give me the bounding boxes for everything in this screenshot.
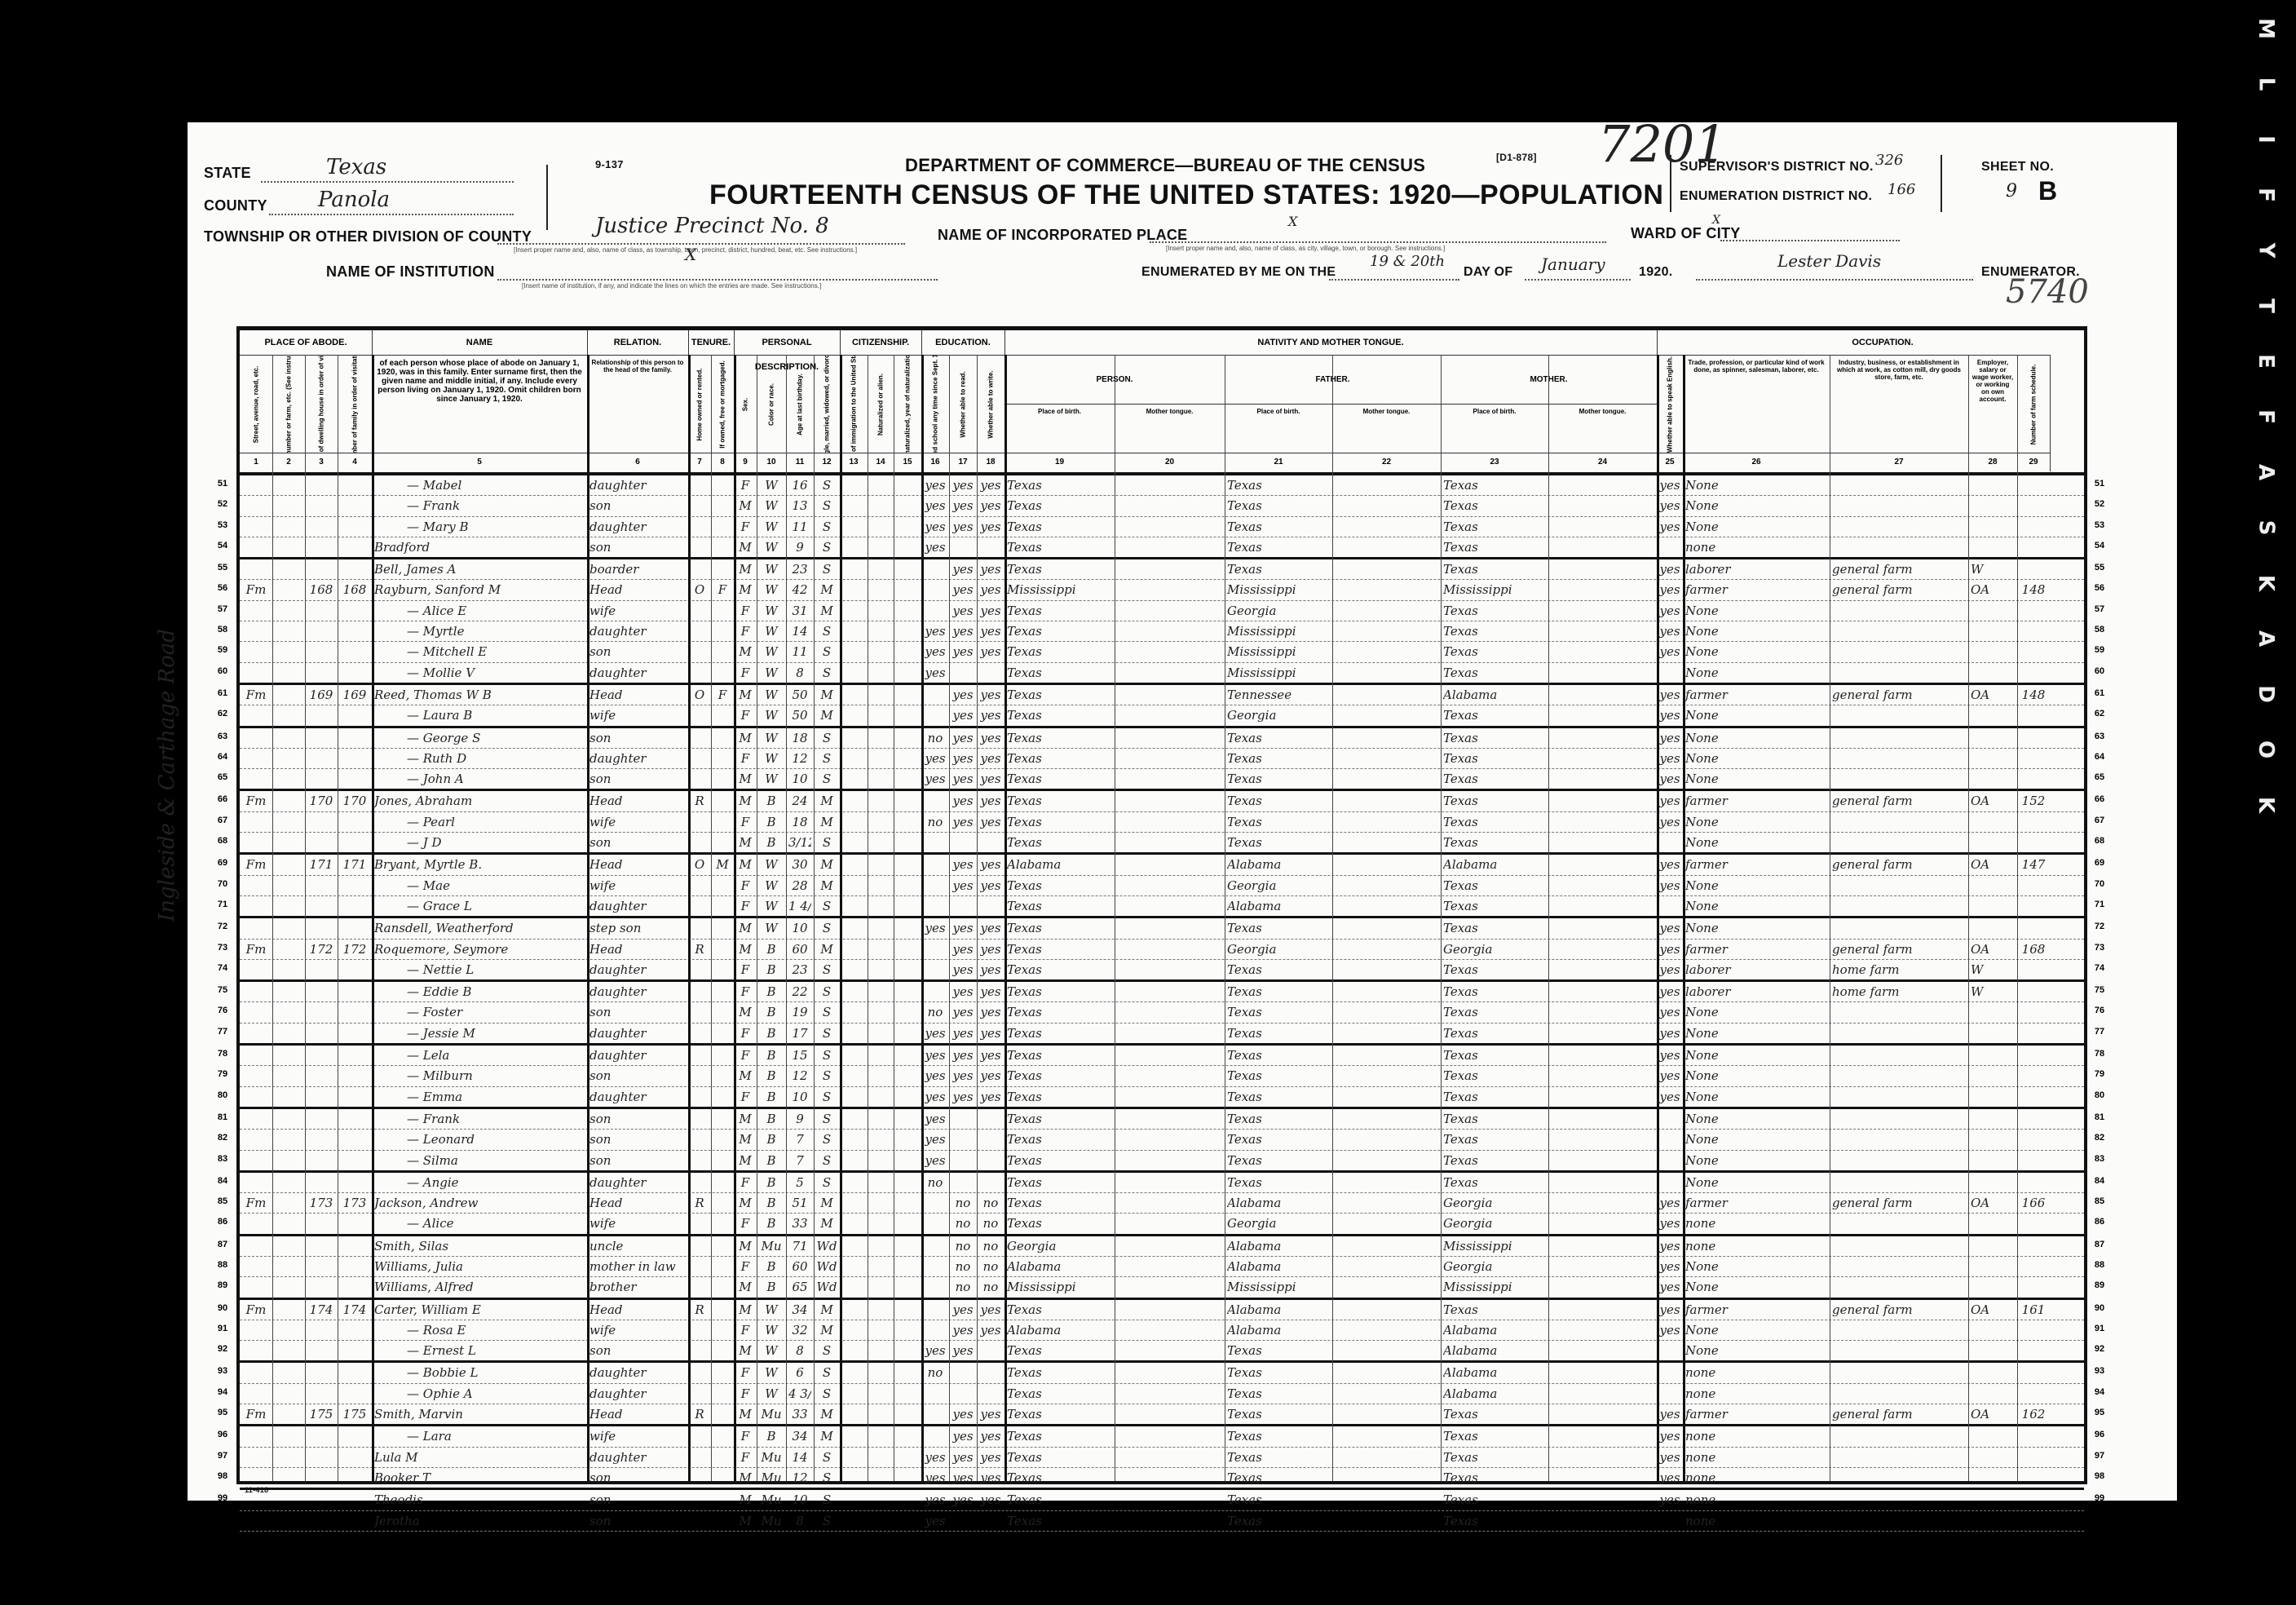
- cell-mpob: Texas: [1443, 1087, 1546, 1107]
- column-number: 21: [1225, 453, 1333, 471]
- enumerated-day: 19 & 20th: [1370, 253, 1445, 270]
- group-name: NAME: [372, 330, 588, 355]
- cell-c2: [275, 896, 302, 916]
- cell-rel: wife: [589, 601, 686, 621]
- cell-c3: [307, 1236, 335, 1256]
- line-number: 67: [2087, 816, 2112, 825]
- cell-emp: [1971, 1257, 2015, 1276]
- cell-name: — John A: [374, 769, 617, 789]
- nativity-mother: MOTHER.: [1441, 355, 1658, 405]
- cell-ms: S: [816, 1490, 837, 1510]
- cell-sch: [924, 1257, 947, 1276]
- cell-eng: yes: [1659, 1257, 1680, 1276]
- cell-occ: farmer: [1685, 855, 1827, 874]
- table-row: 9393— Bobbie LdaughterFW6SnoTexasTexasAl…: [240, 1363, 2084, 1383]
- sheet-label: SHEET NO.: [1981, 160, 2054, 175]
- cell-mort: [713, 517, 731, 537]
- line-number: 95: [2087, 1408, 2112, 1417]
- column-divider: [894, 355, 894, 1481]
- cell-read: [952, 1151, 974, 1170]
- cell-race: W: [759, 621, 784, 641]
- cell-ms: M: [816, 1320, 837, 1340]
- line-number: 51: [2087, 479, 2112, 489]
- cell-read: yes: [952, 1468, 974, 1488]
- cell-pob: Texas: [1007, 1341, 1112, 1360]
- cell-occ: None: [1685, 1109, 1827, 1129]
- cell-write: yes: [979, 855, 1002, 874]
- cell-farm: [2020, 1384, 2047, 1404]
- column-divider: [711, 355, 712, 1481]
- line-number: 100: [2087, 1514, 2112, 1524]
- line-number: 67: [210, 816, 235, 825]
- column-number: 3: [305, 453, 338, 471]
- cell-c4: [340, 1363, 369, 1382]
- cell-sex: F: [736, 982, 754, 1001]
- column-number: 11: [786, 453, 815, 471]
- line-number: 73: [2087, 943, 2112, 953]
- cell-c4: [340, 1426, 369, 1446]
- column-divider: [1004, 355, 1007, 1481]
- cell-occ: None: [1685, 1173, 1827, 1192]
- cell-read: [952, 537, 974, 557]
- cell-rel: son: [589, 1130, 686, 1149]
- cell-emp: [1971, 537, 2015, 557]
- cell-write: [979, 1109, 1002, 1129]
- cell-rel: son: [589, 1468, 686, 1488]
- cell-name: Smith, Silas: [374, 1236, 585, 1256]
- cell-rel: daughter: [589, 749, 686, 768]
- cell-occ: farmer: [1685, 1404, 1827, 1424]
- cell-ms: S: [816, 1511, 837, 1531]
- cell-race: W: [759, 496, 784, 515]
- cell-mort: [713, 537, 731, 557]
- cell-rel: son: [589, 728, 686, 748]
- cell-age: 4 3/12: [788, 1384, 811, 1404]
- line-number: 72: [2087, 922, 2112, 931]
- line-number: 55: [2087, 563, 2112, 573]
- cell-emp: [1971, 621, 2015, 641]
- cell-eng: [1659, 663, 1680, 683]
- cell-sch: no: [924, 812, 947, 832]
- cell-c3: [307, 1257, 335, 1276]
- cell-read: yes: [952, 1404, 974, 1424]
- cell-occ: None: [1685, 749, 1827, 768]
- cell-mort: [713, 812, 731, 832]
- cell-ms: M: [816, 1404, 837, 1424]
- film-letter: S: [2254, 520, 2278, 536]
- line-number: 75: [210, 985, 235, 995]
- cell-race: W: [759, 876, 784, 895]
- cell-race: B: [759, 1066, 784, 1085]
- cell-emp: [1971, 1320, 2015, 1340]
- cell-c3: [307, 1024, 335, 1043]
- cell-c2: [275, 1046, 302, 1065]
- cell-write: yes: [979, 517, 1002, 537]
- line-number: 91: [210, 1324, 235, 1333]
- census-sheet: STATE Texas COUNTY Panola TOWNSHIP OR OT…: [188, 122, 2177, 1501]
- cell-occ: none: [1685, 1448, 1827, 1467]
- table-row: 7676— FostersonMB19SnoyesyesTexasTexasTe…: [240, 1002, 2084, 1023]
- cell-c3: [307, 1173, 335, 1192]
- table-row: 7777— Jessie MdaughterFB17SyesyesyesTexa…: [240, 1024, 2084, 1046]
- cell-occ: None: [1685, 1066, 1827, 1085]
- cell-ms: M: [816, 601, 837, 621]
- column-number: 13: [840, 453, 868, 471]
- cell-own: [691, 642, 709, 661]
- cell-fpob: Texas: [1227, 1046, 1330, 1065]
- cell-name: Jones, Abraham: [374, 791, 585, 811]
- cell-sch: [924, 896, 947, 916]
- cell-age: 9: [788, 1109, 811, 1129]
- cell-read: yes: [952, 642, 974, 661]
- cell-ind: [1832, 1214, 1966, 1233]
- cell-farm: [2020, 749, 2047, 768]
- cell-own: [691, 1277, 709, 1297]
- cell-own: [691, 1214, 709, 1233]
- cell-fpob: Texas: [1227, 960, 1330, 979]
- cell-read: yes: [952, 960, 974, 979]
- cell-ms: M: [816, 1193, 837, 1213]
- cell-farm: [2020, 769, 2047, 789]
- cell-sex: M: [736, 769, 754, 789]
- cell-ind: [1832, 705, 1966, 725]
- cell-rel: son: [589, 1490, 686, 1510]
- cell-sch: yes: [924, 1024, 947, 1043]
- column-header-23: Place of birth.: [1441, 404, 1549, 453]
- cell-age: 10: [788, 1490, 811, 1510]
- cell-fpob: Texas: [1227, 982, 1330, 1001]
- cell-c1: Fm: [242, 1193, 270, 1213]
- cell-write: [979, 1173, 1002, 1192]
- line-number: 76: [210, 1006, 235, 1015]
- cell-c1: Fm: [242, 791, 270, 811]
- cell-c1: [242, 1173, 270, 1192]
- cell-c4: [340, 559, 369, 579]
- cell-c1: [242, 1002, 270, 1022]
- cell-sch: [924, 791, 947, 811]
- cell-fpob: Texas: [1227, 1511, 1330, 1531]
- cell-c2: [275, 918, 302, 938]
- cell-own: [691, 1002, 709, 1022]
- group-education: EDUCATION.: [921, 330, 1005, 355]
- cell-write: yes: [979, 1490, 1002, 1510]
- cell-pob: Texas: [1007, 1300, 1112, 1320]
- cell-pob: Texas: [1007, 1384, 1112, 1404]
- cell-eng: yes: [1659, 728, 1680, 748]
- line-number: 65: [2087, 772, 2112, 782]
- cell-c4: 170: [340, 791, 369, 811]
- census-title: FOURTEENTH CENSUS OF THE UNITED STATES: …: [709, 179, 1663, 211]
- cell-emp: [1971, 1002, 2015, 1022]
- cell-emp: [1971, 1277, 2015, 1297]
- line-number: 66: [2087, 794, 2112, 804]
- cell-sex: F: [736, 1257, 754, 1276]
- cell-rel: wife: [589, 876, 686, 895]
- cell-read: yes: [952, 1024, 974, 1043]
- cell-sex: M: [736, 580, 754, 599]
- cell-age: 13: [788, 496, 811, 515]
- cell-mpob: Texas: [1443, 1448, 1546, 1467]
- cell-age: 34: [788, 1426, 811, 1446]
- cell-pob: Texas: [1007, 769, 1112, 789]
- cell-ind: home farm: [1832, 982, 1966, 1001]
- line-number: 80: [2087, 1090, 2112, 1100]
- cell-c1: [242, 642, 270, 661]
- cell-write: yes: [979, 728, 1002, 748]
- cell-rel: daughter: [589, 1173, 686, 1192]
- cell-c2: [275, 812, 302, 832]
- table-row: 6565— John AsonMW10SyesyesyesTexasTexasT…: [240, 769, 2084, 791]
- cell-ms: S: [816, 1087, 837, 1107]
- film-letter: K: [2254, 575, 2278, 591]
- film-edge-text: MLIFYTEFASKADOK: [2254, 16, 2278, 817]
- cell-ms: M: [816, 580, 837, 599]
- cell-c4: [340, 1257, 369, 1276]
- line-number: 68: [2087, 836, 2112, 846]
- column-number: 9: [734, 453, 757, 471]
- cell-emp: W: [1971, 982, 2015, 1001]
- cell-write: yes: [979, 601, 1002, 621]
- cell-farm: 168: [2020, 940, 2047, 959]
- cell-pob: Texas: [1007, 728, 1112, 748]
- cell-write: [979, 537, 1002, 557]
- cell-c1: [242, 621, 270, 641]
- cell-sch: yes: [924, 1046, 947, 1065]
- cell-sex: F: [736, 960, 754, 979]
- cell-sch: [924, 685, 947, 705]
- cell-ms: S: [816, 663, 837, 683]
- cell-sch: yes: [924, 749, 947, 768]
- cell-own: O: [691, 685, 709, 705]
- cell-name: — Silma: [374, 1151, 617, 1170]
- line-number: 93: [210, 1366, 235, 1376]
- cell-sex: M: [736, 1002, 754, 1022]
- cell-name: Roquemore, Seymore: [374, 940, 585, 959]
- cell-sex: M: [736, 1066, 754, 1085]
- cell-c1: Fm: [242, 580, 270, 599]
- cell-mpob: Texas: [1443, 475, 1546, 495]
- line-number: 76: [2087, 1006, 2112, 1015]
- cell-age: 34: [788, 1300, 811, 1320]
- enumerated-label: ENUMERATED BY ME ON THE: [1141, 265, 1336, 280]
- cell-farm: [2020, 1448, 2047, 1467]
- cell-own: O: [691, 580, 709, 599]
- cell-read: yes: [952, 1046, 974, 1065]
- cell-write: [979, 1511, 1002, 1531]
- line-number: 83: [2087, 1154, 2112, 1164]
- cell-ms: Wd: [816, 1277, 837, 1297]
- cell-c3: [307, 705, 335, 725]
- cell-sex: M: [736, 1193, 754, 1213]
- cell-age: 7: [788, 1130, 811, 1149]
- cell-fpob: Mississippi: [1227, 1277, 1330, 1297]
- cell-sex: F: [736, 475, 754, 495]
- cell-read: yes: [952, 812, 974, 832]
- cell-c2: [275, 1257, 302, 1276]
- cell-ind: [1832, 1257, 1966, 1276]
- cell-sex: F: [736, 1024, 754, 1043]
- cell-eng: [1659, 1109, 1680, 1129]
- cell-read: no: [952, 1236, 974, 1256]
- cell-read: no: [952, 1277, 974, 1297]
- cell-sch: [924, 855, 947, 874]
- cell-c2: [275, 769, 302, 789]
- cell-eng: yes: [1659, 705, 1680, 725]
- cell-farm: [2020, 1511, 2047, 1531]
- column-header-10: Color or race.: [757, 355, 787, 453]
- line-number: 92: [2087, 1344, 2112, 1354]
- cell-sch: [924, 1193, 947, 1213]
- cell-eng: yes: [1659, 1066, 1680, 1085]
- cell-c4: 175: [340, 1404, 369, 1424]
- cell-race: B: [759, 1130, 784, 1149]
- cell-sch: [924, 1214, 947, 1233]
- cell-sch: yes: [924, 621, 947, 641]
- cell-mpob: Georgia: [1443, 1214, 1546, 1233]
- cell-c4: 174: [340, 1300, 369, 1320]
- cell-c2: [275, 1193, 302, 1213]
- column-number: 4: [338, 453, 373, 471]
- table-row: 8787Smith, SilasuncleMMu71WdnonoGeorgiaA…: [240, 1236, 2084, 1257]
- cell-eng: yes: [1659, 1404, 1680, 1424]
- cell-rel: mother in law: [589, 1257, 686, 1276]
- column-header-12: Single, married, widowed, or divorced.: [814, 355, 841, 453]
- cell-mort: [713, 1046, 731, 1065]
- line-number: 98: [2087, 1471, 2112, 1481]
- cell-race: W: [759, 537, 784, 557]
- cell-c3: [307, 896, 335, 916]
- cell-race: W: [759, 1384, 784, 1404]
- cell-farm: [2020, 982, 2047, 1001]
- cell-c1: Fm: [242, 685, 270, 705]
- enumerator-name: Lester Davis: [1777, 251, 1881, 271]
- column-divider: [587, 355, 589, 1481]
- cell-race: B: [759, 833, 784, 852]
- cell-fpob: Mississippi: [1227, 621, 1330, 641]
- cell-read: [952, 833, 974, 852]
- cell-mpob: Texas: [1443, 876, 1546, 895]
- cell-ms: S: [816, 1363, 837, 1382]
- cell-own: [691, 1448, 709, 1467]
- cell-pob: Texas: [1007, 1087, 1112, 1107]
- cell-read: [952, 1384, 974, 1404]
- cell-c3: [307, 517, 335, 537]
- cell-ms: M: [816, 791, 837, 811]
- cell-rel: son: [589, 1341, 686, 1360]
- line-number: 58: [2087, 625, 2112, 634]
- cell-mort: [713, 642, 731, 661]
- cell-ms: S: [816, 1173, 837, 1192]
- cell-mort: [713, 982, 731, 1001]
- cell-name: — Alice: [374, 1214, 617, 1233]
- cell-pob: Alabama: [1007, 1320, 1112, 1340]
- line-number: 61: [2087, 688, 2112, 698]
- cell-farm: [2020, 537, 2047, 557]
- cell-c4: [340, 1046, 369, 1065]
- cell-emp: [1971, 1024, 2015, 1043]
- film-letter: M: [2254, 18, 2278, 39]
- cell-sex: M: [736, 940, 754, 959]
- cell-c1: [242, 537, 270, 557]
- cell-c2: [275, 1236, 302, 1256]
- cell-own: [691, 1384, 709, 1404]
- cell-c1: Fm: [242, 940, 270, 959]
- cell-c1: [242, 982, 270, 1001]
- cell-c3: [307, 663, 335, 683]
- cell-c2: [275, 1277, 302, 1297]
- cell-mpob: Alabama: [1443, 1384, 1546, 1404]
- cell-occ: none: [1685, 1384, 1827, 1404]
- cell-occ: laborer: [1685, 982, 1827, 1001]
- column-header-19: Place of birth.: [1004, 404, 1115, 453]
- line-number: 69: [210, 858, 235, 868]
- cell-mpob: Texas: [1443, 1511, 1546, 1531]
- ward-value: X: [1712, 214, 1720, 227]
- line-number: 62: [210, 709, 235, 718]
- cell-sex: M: [736, 1109, 754, 1129]
- cell-fpob: Texas: [1227, 1024, 1330, 1043]
- cell-eng: yes: [1659, 982, 1680, 1001]
- cell-ms: S: [816, 769, 837, 789]
- table-row: 8282— LeonardsonMB7SyesTexasTexasTexasNo…: [240, 1130, 2084, 1150]
- cell-ms: S: [816, 1468, 837, 1488]
- cell-mpob: Texas: [1443, 749, 1546, 768]
- cell-eng: [1659, 1384, 1680, 1404]
- column-number: 17: [949, 453, 978, 471]
- cell-own: R: [691, 940, 709, 959]
- column-divider: [1225, 355, 1225, 1481]
- cell-read: yes: [952, 496, 974, 515]
- cell-own: [691, 749, 709, 768]
- table-row: 6363— George SsonMW18SnoyesyesTexasTexas…: [240, 728, 2084, 749]
- cell-mpob: Texas: [1443, 1426, 1546, 1446]
- table-row: 6767— PearlwifeFB18MnoyesyesTexasTexasTe…: [240, 812, 2084, 833]
- cell-write: yes: [979, 1046, 1002, 1065]
- cell-farm: 148: [2020, 580, 2047, 599]
- cell-name: — Leonard: [374, 1130, 617, 1149]
- incorporated-note: [Insert proper name and, also, name of c…: [1166, 245, 1445, 252]
- cell-rel: wife: [589, 1320, 686, 1340]
- cell-c4: [340, 1468, 369, 1488]
- cell-mort: [713, 1087, 731, 1107]
- cell-sex: M: [736, 918, 754, 938]
- cell-own: [691, 1468, 709, 1488]
- cell-c2: [275, 705, 302, 725]
- cell-race: B: [759, 812, 784, 832]
- cell-fpob: Texas: [1227, 517, 1330, 537]
- cell-c4: [340, 1214, 369, 1233]
- cell-name: — Eddie B: [374, 982, 617, 1001]
- supervisor-district-label: SUPERVISOR'S DISTRICT NO.: [1680, 160, 1874, 175]
- cell-fpob: Texas: [1227, 1151, 1330, 1170]
- cell-ind: [1832, 1363, 1966, 1382]
- cell-emp: [1971, 1087, 2015, 1107]
- cell-fpob: Alabama: [1227, 1300, 1330, 1320]
- cell-c2: [275, 1109, 302, 1129]
- line-number: 87: [210, 1240, 235, 1249]
- sheet-side: B: [2038, 176, 2057, 206]
- cell-sex: M: [736, 791, 754, 811]
- cell-sex: F: [736, 517, 754, 537]
- cell-read: yes: [952, 1300, 974, 1320]
- table-row: 8585Fm173173Jackson, AndrewHeadRMB51Mnon…: [240, 1193, 2084, 1214]
- cell-eng: yes: [1659, 918, 1680, 938]
- column-divider: [786, 355, 787, 1481]
- cell-age: 50: [788, 705, 811, 725]
- table-row: 7171— Grace LdaughterFW1 4/12STexasAlaba…: [240, 896, 2084, 918]
- cell-occ: None: [1685, 1320, 1827, 1340]
- cell-age: 33: [788, 1214, 811, 1233]
